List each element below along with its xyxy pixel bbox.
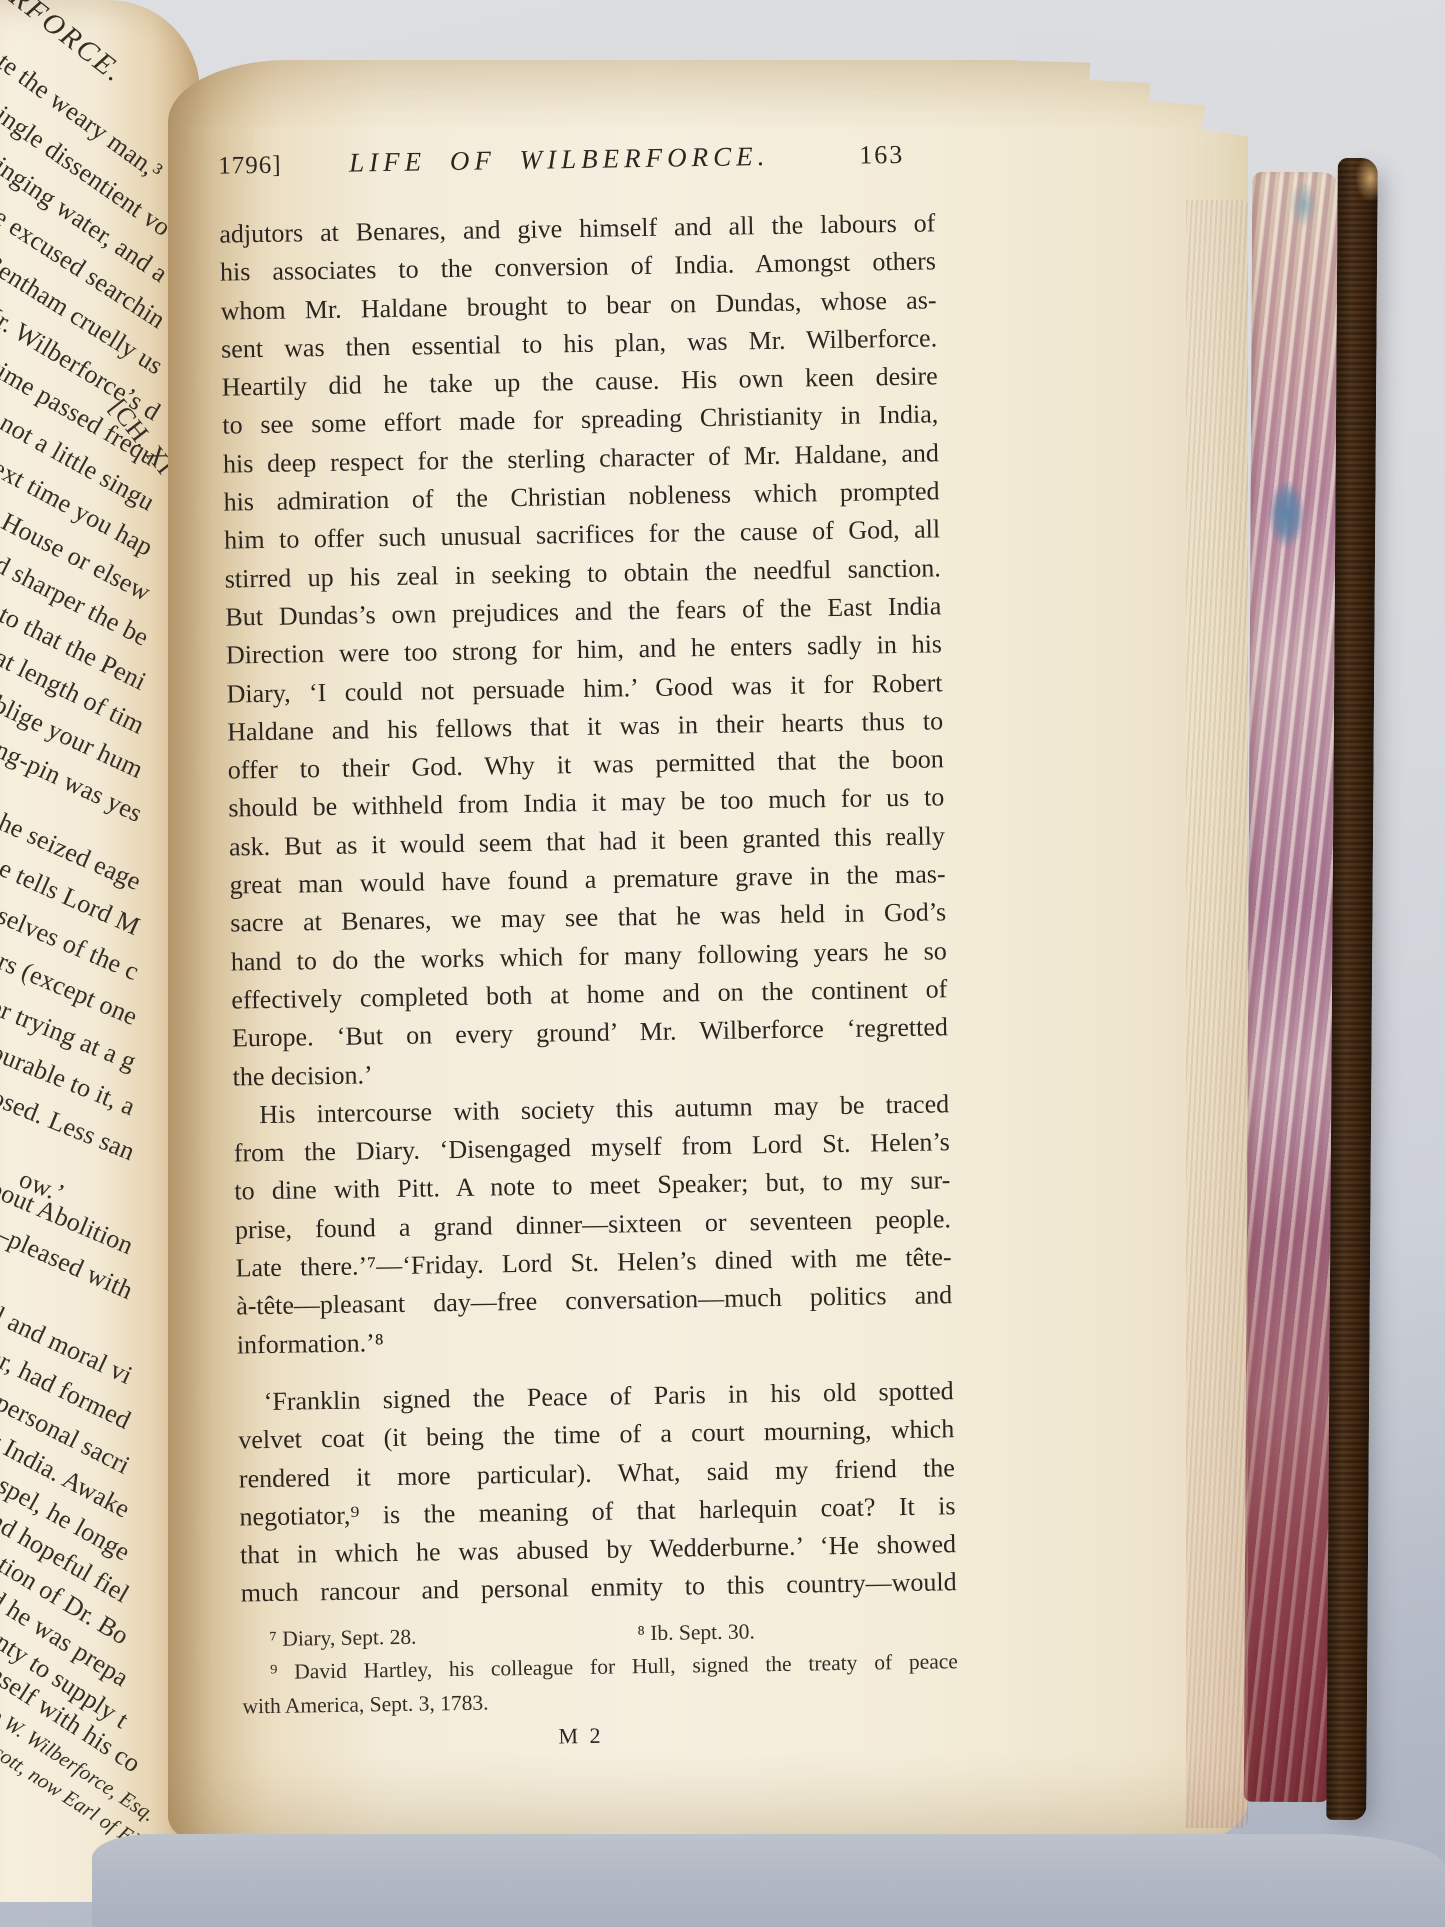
- footnote-7: ⁷ Diary, Sept. 28.: [269, 1620, 417, 1656]
- deckle-notch: [1247, 108, 1330, 172]
- page-text-block: 1796] LIFE OF WILBERFORCE. 163 adjutors …: [218, 138, 959, 1754]
- page-edge-stack: [1186, 200, 1248, 1828]
- header-running-title: LIFE OF WILBERFORCE.: [304, 140, 814, 179]
- table-surface: [92, 1834, 1445, 1927]
- paragraph: ‘Franklin signed the Peace of Paris in h…: [237, 1372, 957, 1613]
- book-page: 1796] LIFE OF WILBERFORCE. 163 adjutors …: [168, 60, 1248, 1842]
- footnotes: ⁷ Diary, Sept. 28. ⁸ Ib. Sept. 30. ⁹ Dav…: [241, 1612, 958, 1724]
- footnote-8: ⁸ Ib. Sept. 30.: [637, 1615, 755, 1650]
- marbled-fore-edge: [1244, 172, 1339, 1802]
- signature-mark: M 2: [223, 1718, 939, 1755]
- page-header: 1796] LIFE OF WILBERFORCE. 163: [218, 138, 935, 191]
- paragraph: adjutors at Benares, and give himself an…: [219, 204, 949, 1096]
- book-photo: BERFORCE.[CH. XIrote the weary man,³ ‘a …: [0, 0, 1445, 1927]
- header-page-number: 163: [838, 139, 934, 171]
- body-text: adjutors at Benares, and give himself an…: [219, 204, 957, 1613]
- paragraph: His intercourse with society this autumn…: [233, 1085, 953, 1364]
